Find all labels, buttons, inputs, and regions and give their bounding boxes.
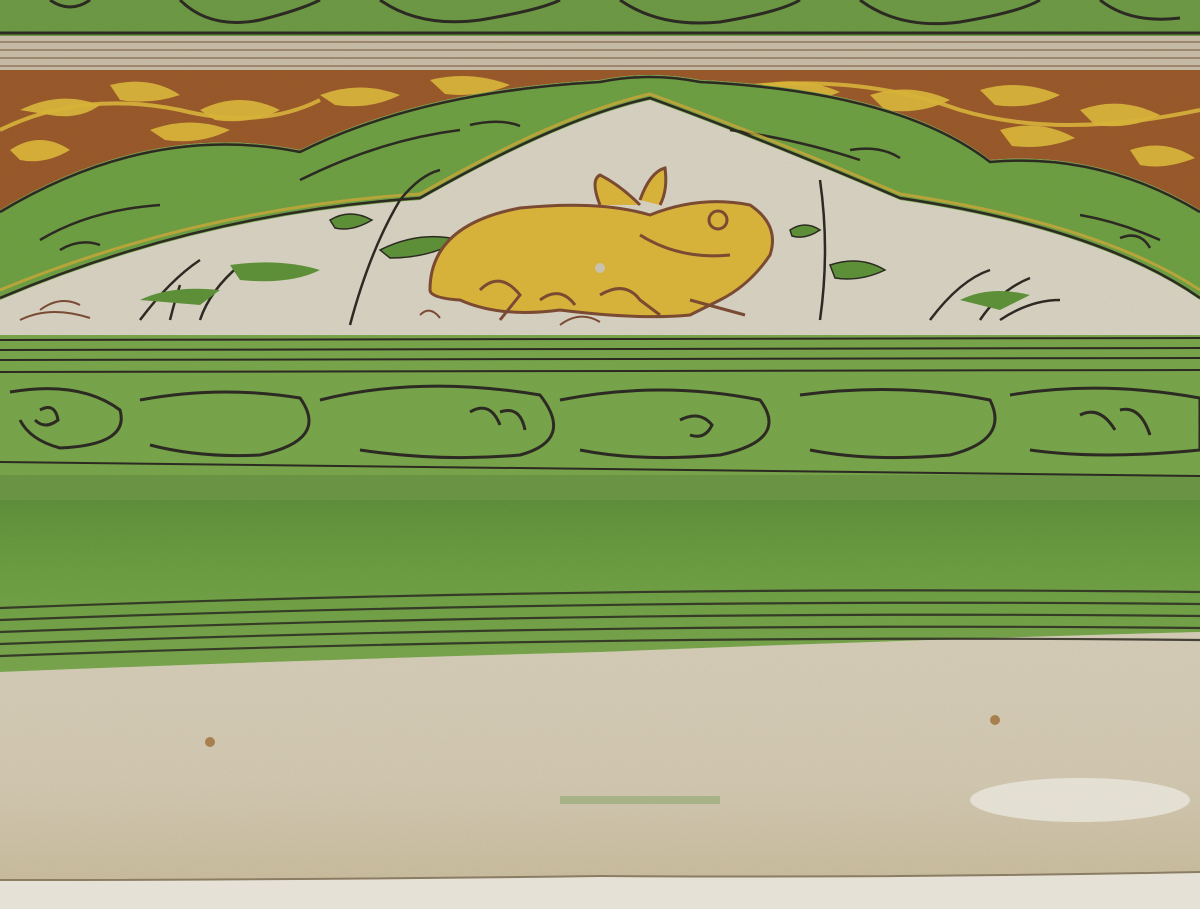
ceramic-illustration — [0, 0, 1200, 909]
incised-line-band — [0, 36, 1200, 70]
ceramic-photo — [0, 0, 1200, 909]
top-cloud-band — [0, 0, 1200, 36]
unglazed-base — [0, 632, 1200, 880]
